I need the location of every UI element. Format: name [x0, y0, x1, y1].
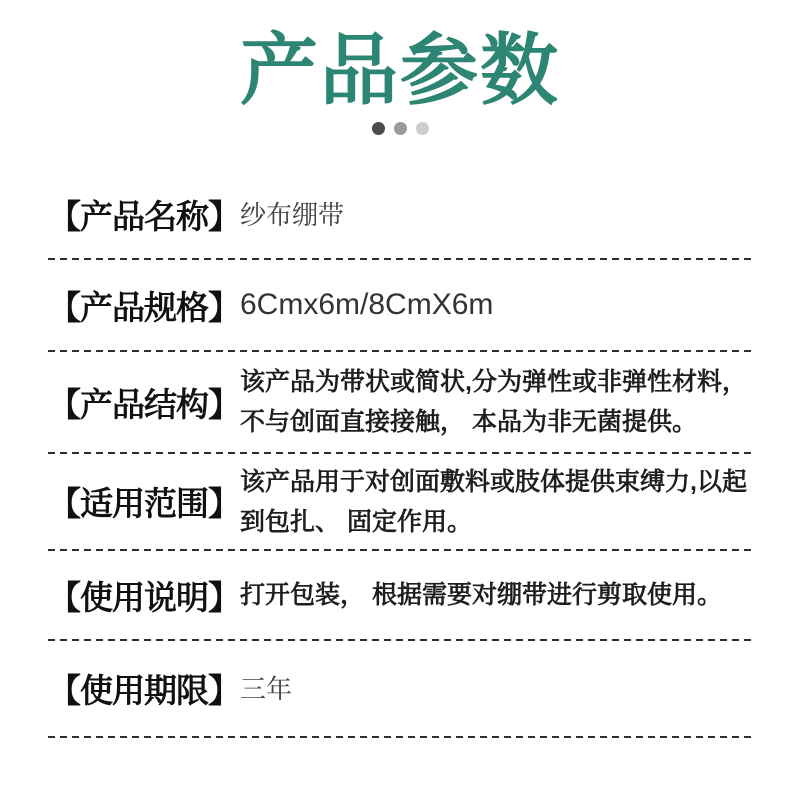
page-title: 产品参数: [0, 0, 800, 112]
spec-label: 【产品名称】: [48, 191, 240, 238]
spec-row-shelf-life: 【使用期限】 三年: [0, 641, 800, 736]
spec-row-product-structure: 【产品结构】 该产品为带状或简状,分为弹性或非弹性材料，不与创面直接接触， 本品…: [0, 352, 800, 452]
spec-row-usage-instructions: 【使用说明】 打开包装， 根据需要对绷带进行剪取使用。: [0, 551, 800, 639]
spec-label: 【产品规格】: [48, 282, 240, 329]
spec-label: 【适用范围】: [48, 478, 240, 525]
spec-label: 【使用说明】: [48, 572, 240, 619]
spec-value: 该产品用于对创面敷料或肢体提供束缚力,以起到包扎、 固定作用。: [240, 462, 755, 542]
spec-row-product-name: 【产品名称】 纱布绷带: [0, 171, 800, 258]
spec-value: 纱布绷带: [240, 197, 755, 233]
carousel-dot-3[interactable]: [416, 122, 429, 135]
spec-label: 【使用期限】: [48, 665, 240, 712]
carousel-dot-1[interactable]: [372, 122, 385, 135]
spec-row-applicable-scope: 【适用范围】 该产品用于对创面敷料或肢体提供束缚力,以起到包扎、 固定作用。: [0, 454, 800, 549]
spec-value: 打开包装， 根据需要对绷带进行剪取使用。: [240, 575, 755, 615]
product-parameters-page: 产品参数 【产品名称】 纱布绷带 【产品规格】 6Cmx6m/8CmX6m 【产…: [0, 0, 800, 800]
spec-value: 三年: [240, 671, 755, 707]
spec-value: 该产品为带状或简状,分为弹性或非弹性材料，不与创面直接接触， 本品为非无菌提供。: [240, 362, 755, 442]
spec-row-product-size: 【产品规格】 6Cmx6m/8CmX6m: [0, 260, 800, 350]
carousel-dots: [0, 122, 800, 135]
spec-label: 【产品结构】: [48, 379, 240, 426]
dashed-divider: [48, 736, 755, 738]
carousel-dot-2[interactable]: [394, 122, 407, 135]
spec-table: 【产品名称】 纱布绷带 【产品规格】 6Cmx6m/8CmX6m 【产品结构】 …: [0, 171, 800, 738]
spec-value: 6Cmx6m/8CmX6m: [240, 287, 755, 323]
